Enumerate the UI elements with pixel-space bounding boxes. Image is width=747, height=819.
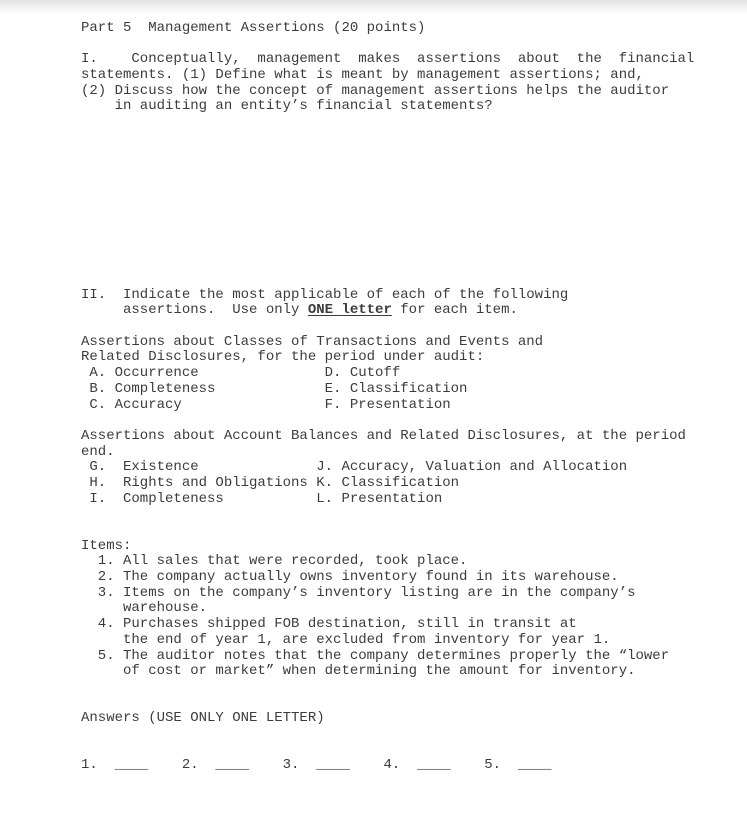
text-segment: 1. ____ 2. ____ 3. ____ 4. ____ 5. ____	[81, 757, 551, 773]
items-line: 1. All sales that were recorded, took pl…	[81, 553, 694, 569]
question-1-line: I. Conceptually, management makes assert…	[81, 51, 694, 67]
text-segment: Part 5 Management Assertions (20 points)	[81, 20, 425, 36]
text-segment	[81, 726, 89, 742]
question-1-spacer-line	[81, 161, 694, 177]
text-segment: 5. The auditor notes that the company de…	[81, 648, 669, 664]
text-segment	[81, 255, 89, 271]
emphasized-text: ONE letter	[308, 302, 392, 318]
items-line: 5. The auditor notes that the company de…	[81, 648, 694, 664]
text-segment: end.	[81, 444, 115, 460]
balances-assertions-line: H. Rights and Obligations K. Classificat…	[81, 475, 694, 491]
question-1-spacer-line	[81, 193, 694, 209]
text-segment: assertions. Use only	[81, 302, 308, 318]
balances-assertions-line: end.	[81, 444, 694, 460]
text-segment	[81, 146, 89, 162]
text-segment: for each item.	[392, 302, 518, 318]
text-segment: the end of year 1, are excluded from inv…	[81, 632, 610, 648]
document-text: Part 5 Management Assertions (20 points)…	[81, 20, 694, 773]
items-line: warehouse.	[81, 600, 694, 616]
transactions-assertions-spacer-line	[81, 412, 694, 428]
text-segment	[81, 742, 89, 758]
text-segment: C. Accuracy F. Presentation	[81, 397, 451, 413]
text-segment	[81, 36, 89, 52]
text-segment: Related Disclosures, for the period unde…	[81, 349, 484, 365]
question-1-line: in auditing an entity’s financial statem…	[81, 98, 694, 114]
transactions-assertions-line: Assertions about Classes of Transactions…	[81, 334, 694, 350]
text-segment	[81, 318, 89, 334]
question-1-spacer-line	[81, 146, 694, 162]
answers-line: Answers (USE ONLY ONE LETTER)	[81, 710, 694, 726]
balances-assertions-line: I. Completeness L. Presentation	[81, 491, 694, 507]
text-segment	[81, 161, 89, 177]
text-segment: I. Conceptually, management makes assert…	[81, 51, 694, 67]
text-segment	[81, 506, 89, 522]
items-line: 3. Items on the company’s inventory list…	[81, 585, 694, 601]
transactions-assertions-line: Related Disclosures, for the period unde…	[81, 349, 694, 365]
items-line: of cost or market” when determining the …	[81, 663, 694, 679]
items-line: the end of year 1, are excluded from inv…	[81, 632, 694, 648]
question-1-spacer-line	[81, 208, 694, 224]
text-segment: B. Completeness E. Classification	[81, 381, 467, 397]
answers-spacer-line	[81, 742, 694, 758]
text-segment: Assertions about Account Balances and Re…	[81, 428, 686, 444]
balances-assertions-line: Assertions about Account Balances and Re…	[81, 428, 694, 444]
text-segment: H. Rights and Obligations K. Classificat…	[81, 475, 459, 491]
exam-document-page: Part 5 Management Assertions (20 points)…	[0, 0, 747, 819]
items-line: 4. Purchases shipped FOB destination, st…	[81, 616, 694, 632]
title-line: Part 5 Management Assertions (20 points)	[81, 20, 694, 36]
text-segment: Answers (USE ONLY ONE LETTER)	[81, 710, 325, 726]
text-segment: statements. (1) Define what is meant by …	[81, 67, 644, 83]
question-1-spacer-line	[81, 114, 694, 130]
items-line: 2. The company actually owns inventory f…	[81, 569, 694, 585]
text-segment: (2) Discuss how the concept of managemen…	[81, 83, 669, 99]
title-spacer-line	[81, 36, 694, 52]
answers-line: 1. ____ 2. ____ 3. ____ 4. ____ 5. ____	[81, 757, 694, 773]
transactions-assertions-line: A. Occurrence D. Cutoff	[81, 365, 694, 381]
items-line: Items:	[81, 538, 694, 554]
question-1-spacer-line	[81, 177, 694, 193]
text-segment: 2. The company actually owns inventory f…	[81, 569, 619, 585]
answers-spacer-line	[81, 726, 694, 742]
transactions-assertions-line: B. Completeness E. Classification	[81, 381, 694, 397]
text-segment	[81, 224, 89, 240]
text-segment	[81, 271, 89, 287]
text-segment: 3. Items on the company’s inventory list…	[81, 585, 636, 601]
text-segment: Assertions about Classes of Transactions…	[81, 334, 543, 350]
text-segment: II. Indicate the most applicable of each…	[81, 287, 568, 303]
text-segment	[81, 240, 89, 256]
balances-assertions-line: G. Existence J. Accuracy, Valuation and …	[81, 459, 694, 475]
text-segment: 1. All sales that were recorded, took pl…	[81, 553, 467, 569]
question-2-line: assertions. Use only ONE letter for each…	[81, 302, 694, 318]
question-1-spacer-line	[81, 240, 694, 256]
page-top-edge-shadow	[0, 0, 747, 14]
question-1-line: statements. (1) Define what is meant by …	[81, 67, 694, 83]
transactions-assertions-line: C. Accuracy F. Presentation	[81, 397, 694, 413]
text-segment: 4. Purchases shipped FOB destination, st…	[81, 616, 577, 632]
text-segment	[81, 695, 89, 711]
items-spacer-line	[81, 695, 694, 711]
balances-assertions-spacer-line	[81, 506, 694, 522]
text-segment	[81, 114, 89, 130]
items-spacer-line	[81, 679, 694, 695]
text-segment: warehouse.	[81, 600, 207, 616]
text-segment	[81, 177, 89, 193]
text-segment	[81, 679, 89, 695]
text-segment: in auditing an entity’s financial statem…	[81, 98, 493, 114]
question-1-spacer-line	[81, 224, 694, 240]
question-1-line: (2) Discuss how the concept of managemen…	[81, 83, 694, 99]
text-segment	[81, 208, 89, 224]
text-segment	[81, 522, 89, 538]
balances-assertions-spacer-line	[81, 522, 694, 538]
question-2-spacer-line	[81, 318, 694, 334]
text-segment	[81, 193, 89, 209]
text-segment: I. Completeness L. Presentation	[81, 491, 442, 507]
question-2-line: II. Indicate the most applicable of each…	[81, 287, 694, 303]
text-segment: A. Occurrence D. Cutoff	[81, 365, 400, 381]
text-segment: of cost or market” when determining the …	[81, 663, 636, 679]
question-1-spacer-line	[81, 130, 694, 146]
question-1-spacer-line	[81, 255, 694, 271]
text-segment: G. Existence J. Accuracy, Valuation and …	[81, 459, 627, 475]
text-segment: Items:	[81, 538, 131, 554]
text-segment	[81, 412, 89, 428]
question-1-spacer-line	[81, 271, 694, 287]
text-segment	[81, 130, 89, 146]
